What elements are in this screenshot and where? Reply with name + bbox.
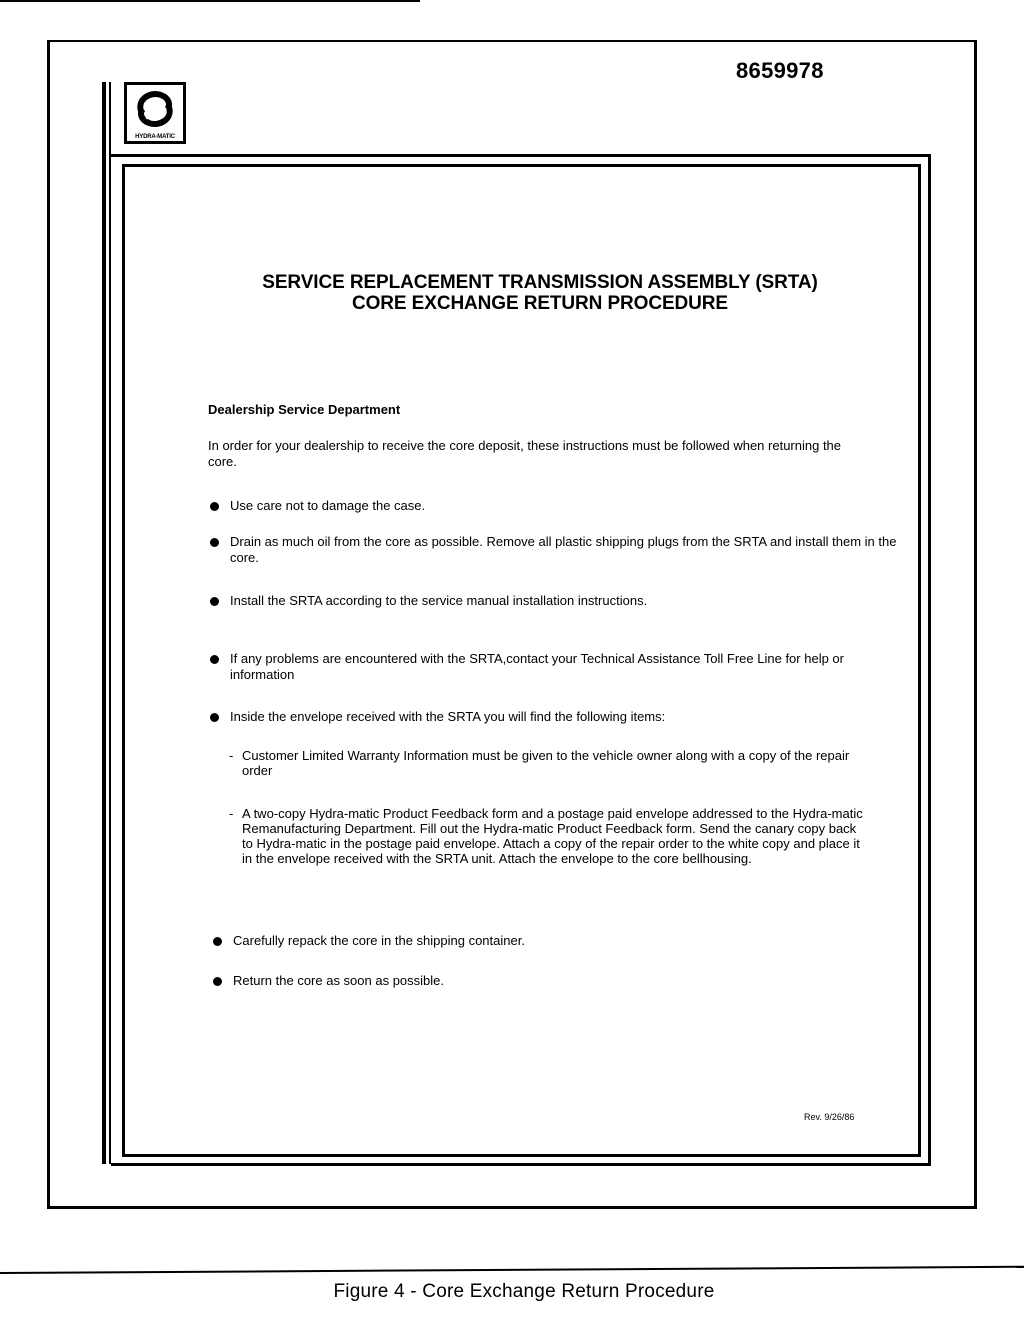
intro-paragraph: In order for your dealership to receive … — [208, 438, 848, 470]
bullet-item: Carefully repack the core in the shippin… — [213, 933, 813, 949]
document-title: SERVICE REPLACEMENT TRANSMISSION ASSEMBL… — [160, 272, 920, 314]
revision-date: Rev. 9/26/86 — [804, 1112, 854, 1122]
bullet-item: Inside the envelope received with the SR… — [210, 709, 900, 725]
bullet-item: Return the core as soon as possible. — [213, 973, 813, 989]
sub-list-item: - Customer Limited Warranty Information … — [229, 748, 869, 778]
bullet-item: Install the SRTA according to the servic… — [210, 593, 900, 609]
figure-caption: Figure 4 - Core Exchange Return Procedur… — [0, 1281, 1024, 1303]
bullet-icon — [213, 977, 222, 986]
bullet-item: Drain as much oil from the core as possi… — [210, 534, 900, 566]
hydramatic-logo: HYDRA-MATIC — [124, 82, 186, 144]
sub-list-item: - A two-copy Hydra-matic Product Feedbac… — [229, 806, 869, 866]
dash-marker: - — [229, 748, 233, 763]
section-heading: Dealership Service Department — [208, 402, 908, 418]
bullet-item: If any problems are encountered with the… — [210, 651, 880, 683]
bullet-icon — [210, 502, 219, 511]
page-top-rule — [0, 0, 420, 2]
bullet-icon — [213, 937, 222, 946]
dash-marker: - — [229, 806, 233, 821]
logo-label: HYDRA-MATIC — [127, 134, 183, 140]
bullet-icon — [210, 655, 219, 664]
bullet-icon — [210, 713, 219, 722]
title-line-2: CORE EXCHANGE RETURN PROCEDURE — [160, 293, 920, 314]
caption-rule — [0, 1266, 1024, 1274]
hydramatic-logo-icon — [135, 89, 175, 129]
bullet-item: Use care not to damage the case. — [210, 498, 890, 514]
bullet-icon — [210, 597, 219, 606]
part-number: 8659978 — [736, 58, 824, 84]
bullet-icon — [210, 538, 219, 547]
title-line-1: SERVICE REPLACEMENT TRANSMISSION ASSEMBL… — [160, 272, 920, 293]
left-border-bar — [102, 82, 106, 1164]
